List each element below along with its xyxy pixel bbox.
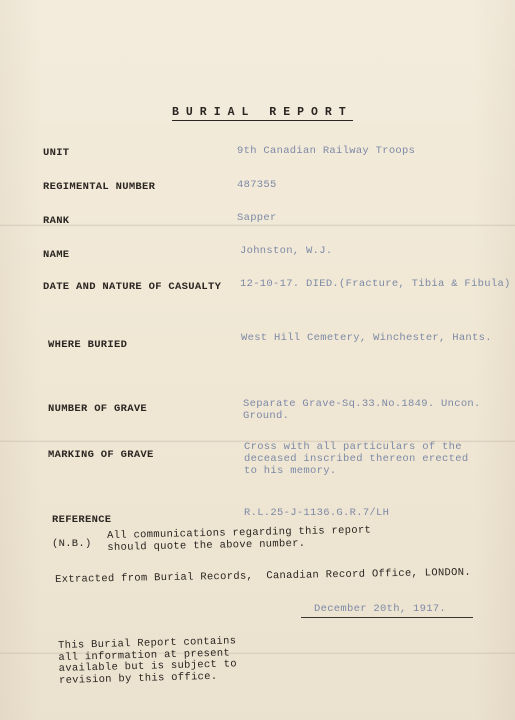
field-label-marking-of-grave: MARKING OF GRAVE [48,449,154,461]
extracted-from-text: Extracted from Burial Records, Canadian … [55,567,471,586]
field-value-casualty: 12-10-17. DIED.(Fracture, Tibia & Fibula… [240,278,511,290]
field-label-reference: REFERENCE [52,514,111,526]
field-label-name: NAME [43,249,69,261]
field-value-number-of-grave: Separate Grave-Sq.33.No.1849. Uncon. Gro… [243,398,481,422]
paper-fold [0,224,515,227]
field-value-unit: 9th Canadian Railway Troops [237,145,415,157]
nb-label: (N.B.) [52,538,92,550]
field-label-where-buried: WHERE BURIED [48,339,127,351]
field-value-reference: R.L.25-J-1136.G.R.7/LH [244,507,389,519]
nb-text: All communications regarding this report… [107,524,371,554]
field-value-marking-of-grave: Cross with all particulars of the deceas… [244,441,468,477]
document-title: BURIAL REPORT [172,106,353,121]
field-label-casualty: DATE AND NATURE OF CASUALTY [43,281,221,293]
date-underline [301,617,473,618]
field-label-rank: RANK [43,215,69,227]
footer-note: This Burial Report contains all informat… [58,636,237,687]
field-label-regimental-number: REGIMENTAL NUMBER [43,181,155,193]
field-value-regimental-number: 487355 [237,179,277,191]
field-value-where-buried: West Hill Cemetery, Winchester, Hants. [241,332,492,344]
report-date: December 20th, 1917. [314,603,446,615]
field-value-name: Johnston, W.J. [240,245,332,257]
field-label-number-of-grave: NUMBER OF GRAVE [48,403,147,415]
field-label-unit: UNIT [43,147,69,159]
field-value-rank: Sapper [237,212,277,224]
